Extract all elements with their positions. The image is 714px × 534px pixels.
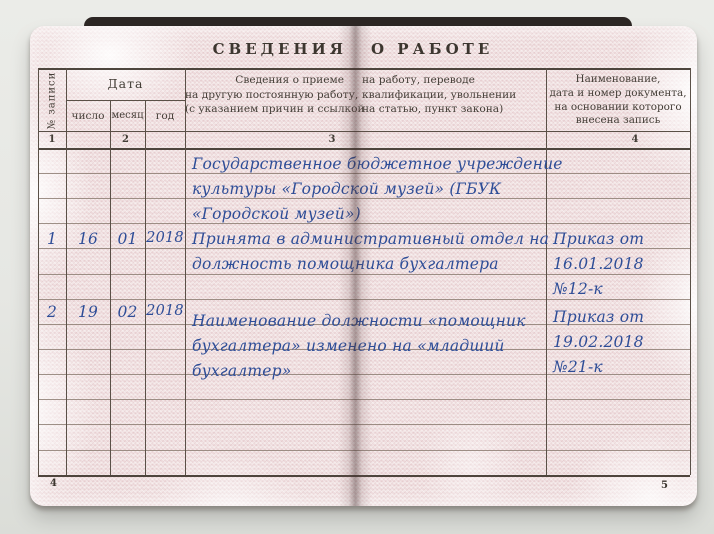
ruled-line	[38, 173, 690, 174]
col-divider-day-month	[110, 100, 111, 475]
record-2-details-line: Наименование должности «помощник	[192, 312, 526, 330]
record-1-basis-line: №12-к	[553, 280, 603, 298]
col-divider-recno-date	[66, 68, 67, 475]
header-bottom-line	[38, 131, 690, 132]
column-header-basis: Наименование, дата и номер документа, на…	[548, 73, 688, 128]
record-2-basis-line: Приказ от	[553, 308, 644, 326]
page-number-right: 5	[661, 480, 668, 491]
record-1-basis-line: 16.01.2018	[553, 255, 644, 273]
table-left-border	[38, 68, 39, 475]
column-header-date: Дата	[66, 76, 185, 91]
page-title-left: СВЕДЕНИЯ	[180, 40, 347, 58]
page-number-left: 4	[50, 478, 57, 489]
column-header-details-left: Сведения о приеме на другую постоянную р…	[185, 73, 344, 117]
date-header-divider	[66, 100, 185, 101]
subheader-year: год	[145, 109, 185, 124]
column-header-details-right: на работу, переводе квалификации, увольн…	[362, 73, 542, 117]
subheader-month: месяц	[110, 109, 145, 124]
ruled-line	[38, 399, 690, 400]
col-divider-month-year	[145, 100, 146, 475]
subheader-day: число	[66, 109, 110, 124]
col-number-2: 2	[66, 134, 185, 145]
record-1-details-line: Принята в административный отдел на	[192, 230, 549, 248]
table-right-border	[690, 68, 691, 475]
record-2-basis-line: 19.02.2018	[553, 333, 644, 351]
record-2-year: 2018	[143, 303, 187, 319]
record-1-basis-line: Приказ от	[553, 230, 644, 248]
table-bottom-border	[38, 475, 690, 477]
ruled-line	[38, 274, 690, 275]
record-2-details-line: бухгалтер»	[192, 362, 291, 380]
record-2-day: 19	[66, 303, 110, 321]
ruled-line	[38, 299, 690, 300]
record-2-month: 02	[110, 303, 145, 321]
table-top-border	[38, 68, 690, 70]
ruled-line	[38, 198, 690, 199]
record-2-details-line: бухгалтера» изменено на «младший	[192, 337, 505, 355]
record-1-day: 16	[66, 230, 110, 248]
ruled-line	[38, 223, 690, 224]
workbook-photo: { "title": { "part_left": "СВЕДЕНИЯ", "p…	[0, 0, 714, 534]
col-number-4: 4	[600, 134, 670, 145]
col-number-3: 3	[318, 134, 346, 145]
record-2-number: 2	[38, 303, 66, 321]
ruled-line	[38, 450, 690, 451]
col-divider-date-details	[185, 68, 186, 475]
org-name-line: Государственное бюджетное учреждение	[192, 155, 563, 173]
col-number-1: 1	[38, 134, 66, 145]
org-name-line: «Городской музей»)	[192, 205, 361, 223]
org-name-line: культуры «Городской музей» (ГБУК	[192, 180, 501, 198]
page-title-right: О РАБОТЕ	[371, 40, 493, 58]
record-1-month: 01	[110, 230, 145, 248]
ruled-line	[38, 248, 690, 249]
record-1-number: 1	[38, 230, 66, 248]
col-divider-details-basis	[546, 68, 547, 475]
record-1-year: 2018	[143, 230, 187, 246]
column-header-record-no: № записи	[47, 66, 58, 136]
record-1-details-line: должность помощника бухгалтера	[192, 255, 499, 273]
colnum-bottom-line	[38, 148, 690, 150]
record-2-basis-line: №21-к	[553, 358, 603, 376]
ruled-line	[38, 424, 690, 425]
